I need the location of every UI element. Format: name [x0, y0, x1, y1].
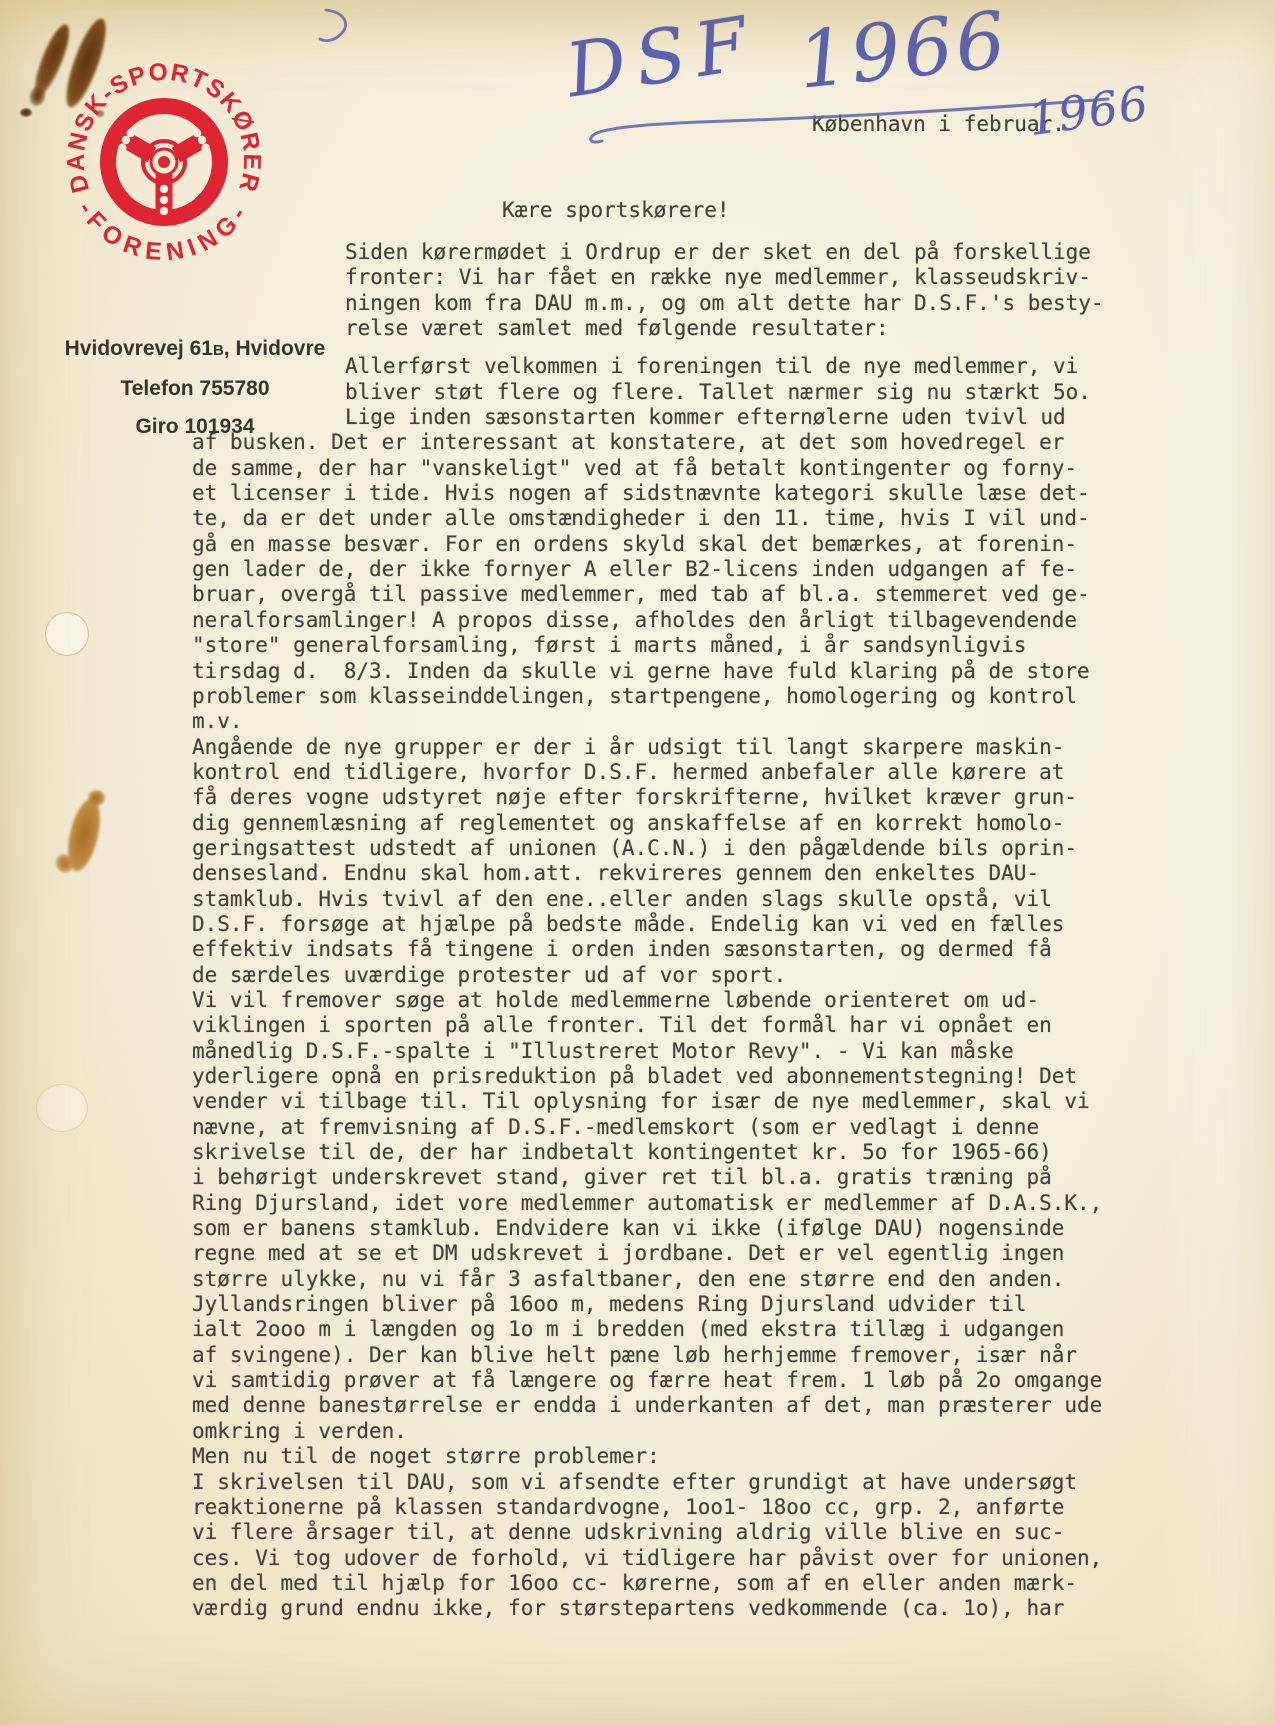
letter-line: som er banens stamklub. Endvidere kan vi… [192, 1216, 1172, 1241]
letter-line: Vi vil fremover søge at holde medlemmern… [192, 988, 1172, 1013]
letter-line: densesland. Endnu skal hom.att. rekvirer… [192, 861, 1172, 886]
letter-line: omkring i verden. [192, 1419, 1172, 1444]
letter-line: de samme, der har "vanskeligt" ved at få… [192, 456, 1172, 481]
letter-line: bruar, overgå til passive medlemmer, med… [192, 582, 1172, 607]
letter-line: stamklub. Hvis tvivl af den ene..eller a… [192, 887, 1172, 912]
handwritten-dsf: DSF [560, 0, 762, 114]
letter-line: ningen kom fra DAU m.m., og om alt dette… [345, 291, 1172, 316]
letter-line: Siden kørermødet i Ordrup er der sket en… [345, 240, 1172, 265]
stain-middle-left-streak [62, 796, 106, 874]
letter-line: større ulykke, nu vi får 3 asfaltbaner, … [192, 1267, 1172, 1292]
letter-line: værdig grund endnu ikke, for størstepart… [192, 1596, 1172, 1621]
letter-line: et licenser i tide. Hvis nogen af sidstn… [192, 481, 1172, 506]
letter-line: relse været samlet med følgende resultat… [345, 316, 1172, 341]
handwritten-year-large: 1966 [794, 0, 1013, 107]
letter-line: effektiv indsats få tingene i orden inde… [192, 937, 1172, 962]
letter-line: I skrivelsen til DAU, som vi afsendte ef… [192, 1470, 1172, 1495]
letter-line: neralforsamlinger! A propos disse, afhol… [192, 608, 1172, 633]
letter-line: problemer som klasseinddelingen, startpe… [192, 684, 1172, 709]
letter-line: yderligere opnå en prisreduktion på blad… [192, 1064, 1172, 1089]
handwritten-year-date: 1966 [1025, 76, 1152, 146]
steering-wheel-icon [108, 106, 220, 218]
letter-line: D.S.F. forsøge at hjælpe på bedste måde.… [192, 912, 1172, 937]
club-logo: DANSK-SPORTSKØRER -FORENING- [56, 54, 272, 270]
scanned-letter-page: DANSK-SPORTSKØRER -FORENING- Hvidovrevej… [0, 0, 1275, 1725]
letter-line: dig gennemlæsning af reglementet og ansk… [192, 811, 1172, 836]
date-line: København i februar. [812, 112, 1065, 136]
letter-line: af svingene). Der kan blive helt pæne lø… [192, 1343, 1172, 1368]
letter-line: bliver støt flere og flere. Tallet nærme… [345, 380, 1172, 405]
letter-line: gen lader de, der ikke fornyer A eller B… [192, 557, 1172, 582]
stain-middle-left-dot [88, 790, 105, 806]
letter-line: Ring Djursland, idet vore medlemmer auto… [192, 1191, 1172, 1216]
stain-middle-left-curl [53, 851, 77, 876]
letter-line: vender vi tilbage til. Til oplysning for… [192, 1089, 1172, 1114]
letter-line: en del med til hjælp for 16oo cc- kørern… [192, 1571, 1172, 1596]
letter-line: Allerførst velkommen i foreningen til de… [345, 354, 1172, 379]
letter-line: vi samtidig prøver at få længere og færr… [192, 1368, 1172, 1393]
stain-left-dot [20, 108, 32, 117]
letter-line: med denne banestørrelse er endda i under… [192, 1393, 1172, 1418]
letter-line: Lige inden sæsonstarten kommer efternøle… [345, 405, 1172, 430]
letter-line: regne med at se et DM udskrevet i jordba… [192, 1241, 1172, 1266]
letter-line: kontrol end tidligere, hvorfor D.S.F. he… [192, 760, 1172, 785]
letter-line: de særdeles uværdige protester ud af vor… [192, 963, 1172, 988]
letter-line: nævne, at fremvisning af D.S.F.-medlemsk… [192, 1115, 1172, 1140]
letter-line: månedlig D.S.F.-spalte i "Illustreret Mo… [192, 1039, 1172, 1064]
salutation: Kære sportskørere! [502, 198, 730, 222]
letter-line: få deres vogne udstyret nøje efter forsk… [192, 785, 1172, 810]
letter-line: Angående de nye grupper er der i år udsi… [192, 735, 1172, 760]
letter-line: "store" generalforsamling, først i marts… [192, 633, 1172, 658]
pen-hook-mark [320, 10, 346, 41]
letter-line: skrivelse til de, der har indbetalt kont… [192, 1140, 1172, 1165]
letter-line: Jyllandsringen bliver på 16oo m, medens … [192, 1292, 1172, 1317]
letter-line: tirsdag d. 8/3. Inden da skulle vi gerne… [192, 659, 1172, 684]
letter-line: i behørigt underskrevet stand, giver ret… [192, 1165, 1172, 1190]
letter-line: af busken. Det er interessant at konstat… [192, 430, 1172, 455]
letter-line: vi flere årsager til, at denne udskrivni… [192, 1520, 1172, 1545]
letter-line: reaktionerne på klassen standardvogne, 1… [192, 1495, 1172, 1520]
letter-line: fronter: Vi har fået en række nye medlem… [345, 265, 1172, 290]
punch-hole-upper [45, 612, 89, 656]
letter-body: Siden kørermødet i Ordrup er der sket en… [192, 240, 1172, 1622]
letter-line: ialt 2ooo m i længden og 1o m i bredden … [192, 1317, 1172, 1342]
letter-line: gå en masse besvær. For en ordens skyld … [192, 532, 1172, 557]
letter-line: geringsattest udstedt af unionen (A.C.N.… [192, 836, 1172, 861]
punch-hole-lower [36, 1084, 88, 1132]
letter-line: m.v. [192, 709, 1172, 734]
letter-line: te, da er det under alle omstændigheder … [192, 506, 1172, 531]
stain-top-left-drop [28, 84, 48, 107]
letter-line: viklingen i sporten på alle fronter. Til… [192, 1013, 1172, 1038]
letter-line: ces. Vi tog udover de forhold, vi tidlig… [192, 1546, 1172, 1571]
letter-line: Men nu til de noget større problemer: [192, 1444, 1172, 1469]
